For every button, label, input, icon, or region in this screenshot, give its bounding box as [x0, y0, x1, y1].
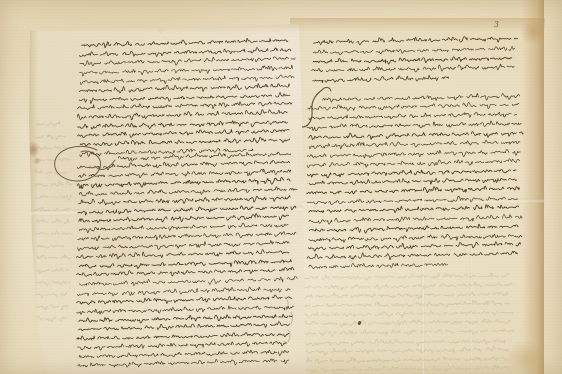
- manuscript-photo: 3: [0, 0, 562, 374]
- page-number: 3: [494, 20, 500, 29]
